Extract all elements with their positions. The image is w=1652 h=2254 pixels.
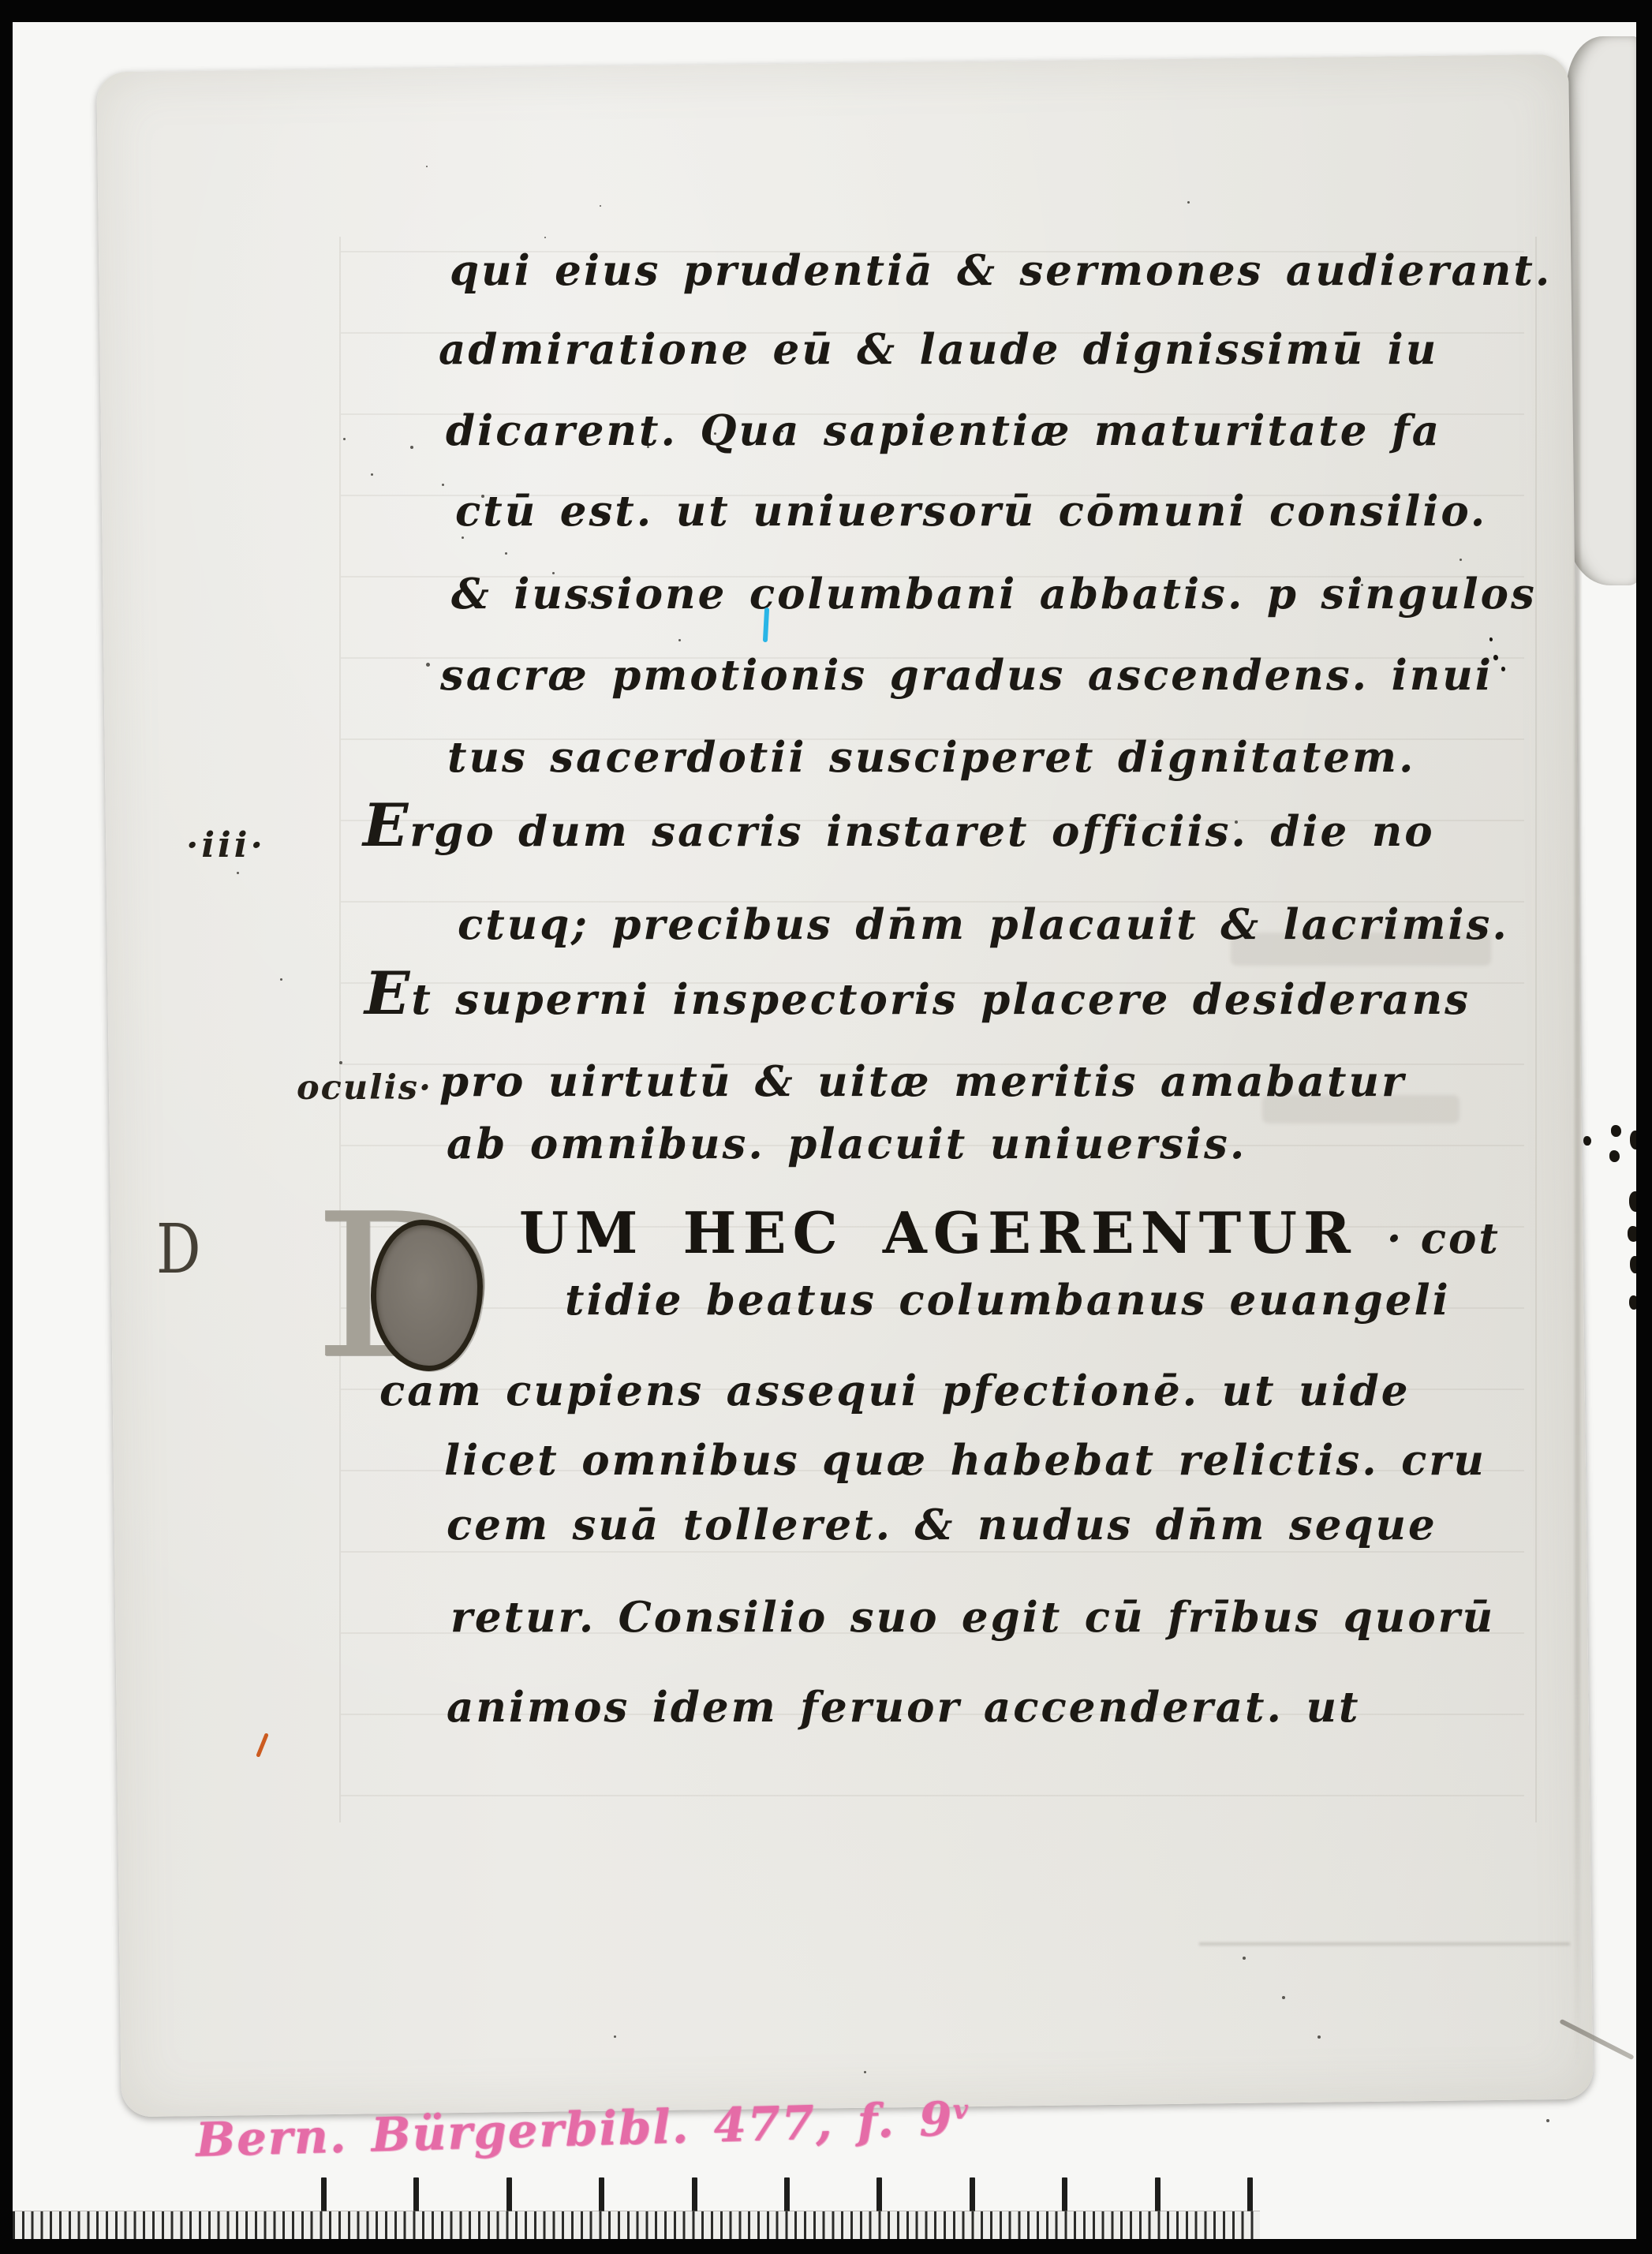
speck (864, 2071, 866, 2073)
ruler-cm-tick (506, 2177, 512, 2215)
speck (442, 484, 444, 486)
text-line: licet omnibus quæ habebat relictis. cru (444, 1435, 1486, 1486)
text-line: sacræ pmotionis gradus ascendens. inui (440, 650, 1493, 701)
ruler-cm-tick (413, 2177, 419, 2212)
illuminated-initial: D (320, 1190, 513, 1392)
speck (481, 495, 484, 498)
speck (678, 639, 681, 641)
ink-blot (1609, 1150, 1620, 1162)
text-line: retur. Consilio suo egit cū frībus quorū (450, 1592, 1495, 1643)
speck (552, 572, 555, 574)
speck (426, 166, 428, 167)
ruler-cm-tick (784, 2177, 790, 2215)
text-line: cem suā tolleret. & nudus dn̄m seque (447, 1500, 1437, 1550)
ruler-cm-tick (1155, 2177, 1161, 2212)
text-line: ctuq; precibus dn̄m placauit & lacrimis. (458, 899, 1509, 950)
manuscript-photo: qui eius prudentiā & sermones audierant.… (0, 0, 1652, 2254)
text-line: qui eius prudentiā & sermones audierant. (450, 245, 1552, 296)
speck (462, 536, 464, 539)
ruler-cm-tick (321, 2177, 327, 2214)
ruler-cm-tick (970, 2177, 975, 2213)
speck (1361, 584, 1363, 586)
speck (1460, 559, 1462, 561)
speck (714, 432, 716, 435)
text-line: ab omnibus. placuit uniuersis. (447, 1119, 1246, 1169)
text-line: tus sacerdotii susciperet dignitatem. (447, 732, 1415, 783)
ruler-cm-tick (1247, 2177, 1253, 2214)
ruler-cm-tick (599, 2177, 604, 2212)
text-line: pro uirtutū & uitæ meritis amabatur (439, 1056, 1406, 1107)
chapter-number-note: ·iii· (186, 825, 266, 865)
frame-bottom (0, 2239, 1652, 2254)
incipit-continuation: · cot (1387, 1214, 1501, 1263)
ink-blot (1489, 637, 1493, 641)
ruler-cm-tick (876, 2177, 882, 2212)
ink-blot (1583, 1136, 1591, 1146)
speck (1282, 1996, 1285, 1999)
speck (521, 596, 523, 598)
speck (505, 552, 507, 555)
fold-crease (1575, 87, 1580, 2067)
ink-blot (1611, 1125, 1621, 1137)
speck (237, 872, 239, 874)
text-line: & iussione columbani abbatis. p singulos (451, 569, 1537, 619)
text-line: ctū est. ut uniuersorū cōmuni consilio. (455, 486, 1487, 536)
frame-left (0, 0, 13, 2254)
speck (544, 237, 546, 238)
incipit-line: UM HEC AGERENTUR· cot (519, 1199, 1501, 1266)
margin-rule-left (339, 237, 341, 1822)
ink-blot (1493, 655, 1498, 660)
ruler-cm-tick (692, 2177, 697, 2213)
text-line: Ergo dum sacris instaret officiis. die n… (363, 800, 1435, 857)
speck (426, 663, 430, 667)
incipit-caps: UM HEC AGERENTUR (519, 1199, 1357, 1266)
ruler-cm-tick (1062, 2177, 1067, 2211)
text-line: Et superni inspectoris placere desideran… (364, 968, 1471, 1025)
speck (339, 1061, 342, 1064)
speck (280, 978, 282, 981)
text-line: tidie beatus columbanus euangeli (565, 1275, 1451, 1325)
speck (1243, 1957, 1246, 1960)
initial-guide-letter: D (156, 1210, 201, 1289)
text-line: animos idem feruor accenderat. ut (447, 1682, 1360, 1733)
speck (781, 430, 783, 432)
speck (343, 438, 346, 440)
speck (1317, 2035, 1321, 2039)
speck (371, 473, 373, 476)
speck (588, 601, 591, 604)
speck (600, 205, 601, 207)
text-line: dicarent. Qua sapientiæ maturitate fa (446, 406, 1441, 456)
marginal-gloss: oculis· (297, 1068, 432, 1108)
speck (647, 446, 649, 448)
text-line: cam cupiens assequi pfectionē. ut uide (379, 1366, 1411, 1416)
text-line: admiratione eū & laude dignissimū iu (439, 324, 1438, 375)
speck (1546, 2119, 1549, 2122)
ruler-mm-scale (13, 2211, 1260, 2240)
fold-crease (1199, 1942, 1570, 1946)
speck (990, 685, 993, 688)
ink-blot (1501, 667, 1505, 671)
speck (1235, 820, 1238, 824)
speck (1187, 201, 1190, 204)
folio-superscript: v (952, 2095, 970, 2125)
speck (614, 2035, 616, 2038)
speck (410, 446, 413, 449)
frame-right (1636, 0, 1652, 2254)
margin-rule-right (1535, 237, 1537, 1822)
frame-top (0, 0, 1652, 22)
